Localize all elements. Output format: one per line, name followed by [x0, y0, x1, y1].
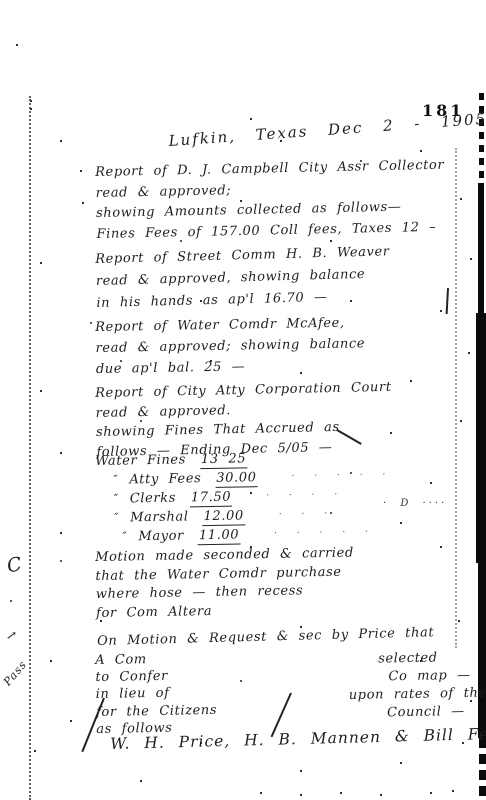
dateline: Lufkin, Texas Dec 2 - 1905	[168, 110, 486, 150]
fee-amount: 13 25	[200, 451, 248, 469]
ditto-mark: ″	[122, 527, 138, 545]
handwriting-line: A Com	[95, 650, 216, 669]
fee-amount: 30.00	[215, 470, 258, 488]
fee-label: Marshal	[130, 509, 189, 525]
handwriting-line: Co map —	[388, 667, 486, 687]
binding-edge	[479, 93, 484, 183]
fee-label: Atty Fees	[129, 471, 201, 487]
handwriting-line: upon rates of the	[349, 685, 486, 705]
paragraph-water-comm: Report of Water Comdr McAfee, read & app…	[95, 312, 366, 380]
closing-left-column: A Com to Confer in lieu of for the Citiz…	[95, 650, 218, 738]
right-margin-rule	[455, 148, 457, 648]
handwriting-line: Council —	[387, 703, 486, 723]
ditto-mark: ″	[114, 489, 130, 507]
ditto-mark: ″	[113, 470, 129, 488]
margin-arrow-icon: ↗	[5, 628, 18, 644]
binding-edge	[479, 738, 486, 800]
fee-amount: 17.50	[190, 490, 233, 508]
handwriting-line: for the Citizens	[96, 701, 217, 720]
fee-row: ″Mayor11.00· · · · ·	[122, 523, 392, 547]
fee-amount: 12.00	[202, 508, 245, 526]
margin-mark-pass: Pass	[1, 658, 29, 688]
fee-label: Clerks	[130, 491, 176, 507]
handwriting-line: for Com Altera	[96, 600, 355, 623]
fee-list: Water Fines13 25 ″Atty Fees30.00· · · · …	[95, 447, 392, 547]
fee-label: Water Fines	[95, 452, 186, 469]
dot-leader: · · · ·	[266, 490, 343, 501]
binding-edge	[476, 313, 486, 563]
fee-label: Mayor	[138, 528, 184, 544]
handwriting-line: due ap'l bal. 25 —	[96, 354, 366, 380]
stray-annotation: · D ····	[383, 498, 447, 509]
paragraph-street-comm: Report of Street Comm H. B. Weaver read …	[95, 241, 391, 315]
left-margin-rule	[29, 96, 31, 800]
binding-edge	[478, 183, 484, 313]
scan-noise	[0, 0, 2, 2]
handwriting-line: On Motion & Request & sec by Price that	[97, 625, 434, 649]
dot-leader: · · ·	[279, 509, 333, 520]
dot-leader: · · · · ·	[291, 470, 391, 482]
handwriting-line: to Confer	[95, 667, 216, 686]
ditto-mark: ″	[114, 508, 130, 526]
handwriting-line: selected	[378, 649, 486, 669]
margin-mark-c: C	[5, 553, 24, 578]
scanned-page: 181 Lufkin, Texas Dec 2 - 1905 Report of…	[0, 0, 486, 800]
paragraph-motion: Motion made seconded & carried that the …	[95, 544, 355, 623]
paragraph-closing-motion: On Motion & Request & sec by Price that	[97, 625, 434, 649]
dot-leader: · · · · ·	[274, 527, 374, 539]
handwriting-line: in lieu of	[96, 684, 217, 703]
paragraph-tax-collector: Report of D. J. Campbell City Assr Colle…	[95, 156, 446, 245]
pen-stroke	[446, 288, 449, 314]
closing-right-column: selected Co map — upon rates of the Coun…	[348, 649, 486, 723]
fee-amount: 11.00	[198, 527, 241, 545]
